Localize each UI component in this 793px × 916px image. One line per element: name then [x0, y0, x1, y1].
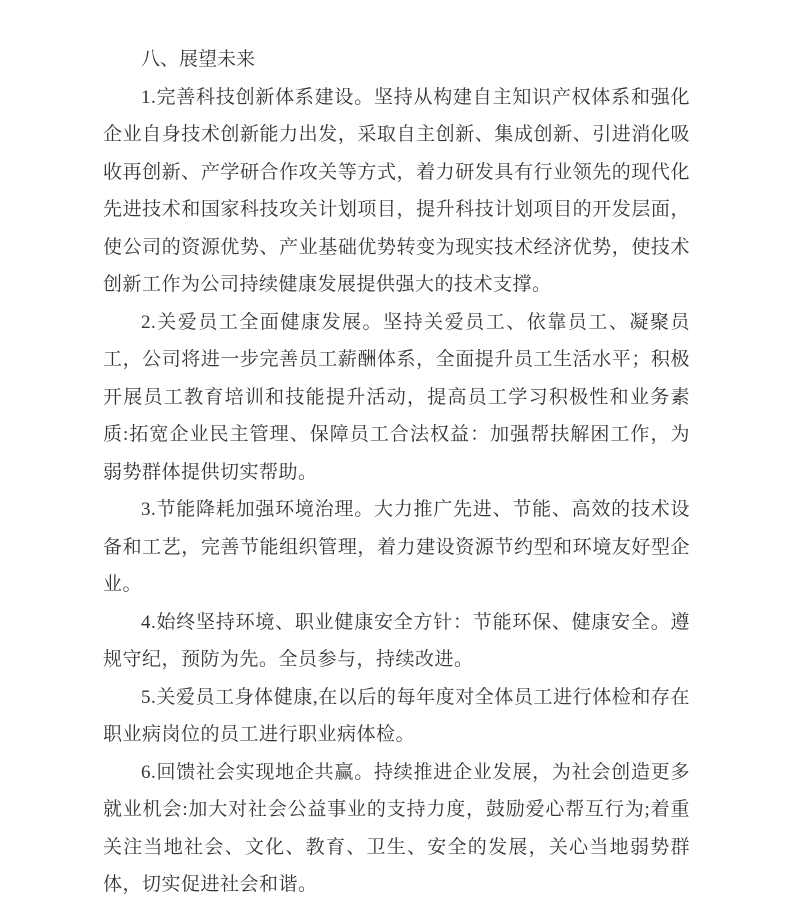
paragraph-4: 4.始终坚持环境、职业健康安全方针：节能环保、健康安全。遵规守纪，预防为先。全员…	[103, 604, 690, 679]
document-page: 八、展望未来 1.完善科技创新体系建设。坚持从构建自主知识产权体系和强化企业自身…	[0, 0, 793, 916]
paragraph-1: 1.完善科技创新体系建设。坚持从构建自主知识产权体系和强化企业自身技术创新能力出…	[103, 79, 690, 304]
paragraph-2: 2.关爱员工全面健康发展。坚持关爱员工、依靠员工、凝聚员工，公司将进一步完善员工…	[103, 304, 690, 492]
paragraph-6: 6.回馈社会实现地企共赢。持续推进企业发展，为社会创造更多就业机会:加大对社会公…	[103, 754, 690, 904]
section-heading: 八、展望未来	[103, 41, 690, 79]
paragraph-3: 3.节能降耗加强环境治理。大力推广先进、节能、高效的技术设备和工艺，完善节能组织…	[103, 491, 690, 604]
paragraph-5: 5.关爱员工身体健康,在以后的每年度对全体员工进行体检和存在职业病岗位的员工进行…	[103, 679, 690, 754]
